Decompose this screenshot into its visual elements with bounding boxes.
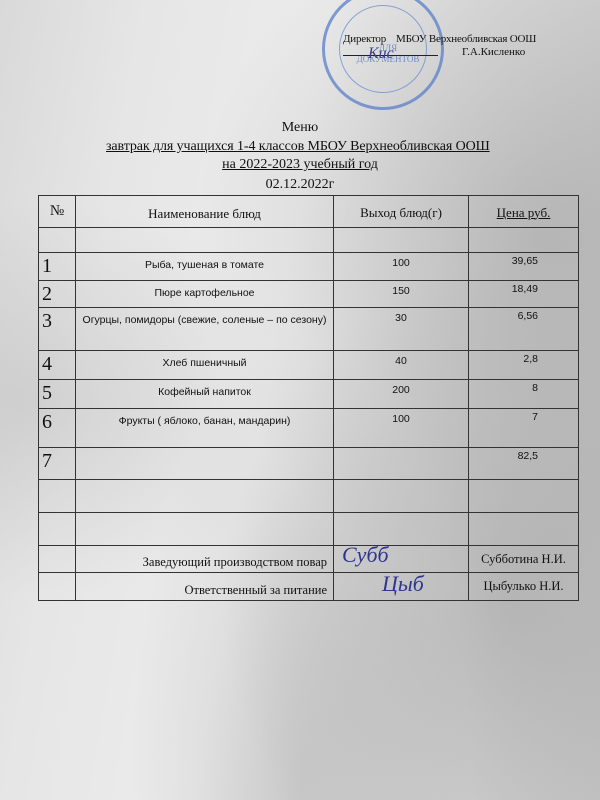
table-row: 2Пюре картофельное15018,49 xyxy=(39,281,579,308)
dish-name: Огурцы, помидоры (свежие, соленые – по с… xyxy=(76,308,334,351)
empty-cell xyxy=(39,546,76,573)
signatory-name: Субботина Н.И. xyxy=(469,546,579,573)
dish-price: 2,8 xyxy=(469,351,579,380)
signature-role: Заведующий производством повар xyxy=(76,546,334,573)
dish-name: Хлеб пшеничный xyxy=(76,351,334,380)
dish-price: 8 xyxy=(469,380,579,409)
handwritten-signature: Цыб xyxy=(382,571,424,597)
row-number: 3 xyxy=(39,308,76,351)
approval-signatory: Г.А.Кисленко xyxy=(462,46,525,58)
approval-organization: МБОУ Верхнеобливская ООШ xyxy=(396,33,536,45)
table-row: 5Кофейный напиток2008 xyxy=(39,380,579,409)
dish-yield xyxy=(334,513,469,546)
dish-yield: 150 xyxy=(334,281,469,308)
table-header-row: № Наименование блюд Выход блюд(г) Цена р… xyxy=(39,196,579,228)
handwritten-signature-cell: Цыб xyxy=(334,573,469,601)
table-row xyxy=(39,513,579,546)
row-number: 2 xyxy=(39,281,76,308)
dish-yield xyxy=(334,448,469,480)
column-header-yield: Выход блюд(г) xyxy=(334,196,469,228)
dish-price: 7 xyxy=(469,409,579,448)
dish-yield: 200 xyxy=(334,380,469,409)
dish-yield: 30 xyxy=(334,308,469,351)
handwritten-signature: Субб xyxy=(342,542,389,568)
dish-price: 82,5 xyxy=(469,448,579,480)
dish-name xyxy=(76,228,334,253)
signature-row: Заведующий производством поварСуббСуббот… xyxy=(39,546,579,573)
menu-date: 02.12.2022г xyxy=(0,177,600,193)
row-number: 6 xyxy=(39,409,76,448)
signature-role: Ответственный за питание xyxy=(76,573,334,601)
dish-name xyxy=(76,480,334,513)
handwritten-signature-cell: Субб xyxy=(334,546,469,573)
table-row: 1Рыба, тушеная в томате10039,65 xyxy=(39,253,579,281)
table-row xyxy=(39,228,579,253)
document-title: Меню xyxy=(0,120,600,136)
signature-row: Ответственный за питаниеЦыбЦыбулько Н.И. xyxy=(39,573,579,601)
dish-name: Фрукты ( яблоко, банан, мандарин) xyxy=(76,409,334,448)
dish-yield xyxy=(334,480,469,513)
dish-price: 18,49 xyxy=(469,281,579,308)
row-number: 5 xyxy=(39,380,76,409)
column-header-number: № xyxy=(39,196,76,228)
menu-table: № Наименование блюд Выход блюд(г) Цена р… xyxy=(38,195,579,601)
table-row: 3Огурцы, помидоры (свежие, соленые – по … xyxy=(39,308,579,351)
table-row: 782,5 xyxy=(39,448,579,480)
dish-name: Рыба, тушеная в томате xyxy=(76,253,334,281)
row-number: 7 xyxy=(39,448,76,480)
row-number: 1 xyxy=(39,253,76,281)
dish-name xyxy=(76,513,334,546)
document-subtitle: завтрак для учащихся 1-4 классов МБОУ Ве… xyxy=(106,139,490,155)
director-signature: Кис xyxy=(368,45,394,63)
table-row xyxy=(39,480,579,513)
dish-price: 39,65 xyxy=(469,253,579,281)
dish-price xyxy=(469,513,579,546)
dish-name: Пюре картофельное xyxy=(76,281,334,308)
row-number xyxy=(39,480,76,513)
dish-price xyxy=(469,228,579,253)
column-header-price: Цена руб. xyxy=(469,196,579,228)
dish-price xyxy=(469,480,579,513)
table-row: 4Хлеб пшеничный402,8 xyxy=(39,351,579,380)
dish-yield xyxy=(334,228,469,253)
row-number xyxy=(39,228,76,253)
dish-yield: 100 xyxy=(334,409,469,448)
empty-cell xyxy=(39,573,76,601)
dish-name xyxy=(76,448,334,480)
row-number: 4 xyxy=(39,351,76,380)
school-year: на 2022-2023 учебный год xyxy=(0,157,600,173)
approval-position: Директор xyxy=(343,33,386,45)
column-header-dish: Наименование блюд xyxy=(76,196,334,228)
dish-yield: 100 xyxy=(334,253,469,281)
signatory-name: Цыбулько Н.И. xyxy=(469,573,579,601)
dish-name: Кофейный напиток xyxy=(76,380,334,409)
dish-yield: 40 xyxy=(334,351,469,380)
row-number xyxy=(39,513,76,546)
dish-price: 6,56 xyxy=(469,308,579,351)
table-row: 6Фрукты ( яблоко, банан, мандарин)1007 xyxy=(39,409,579,448)
